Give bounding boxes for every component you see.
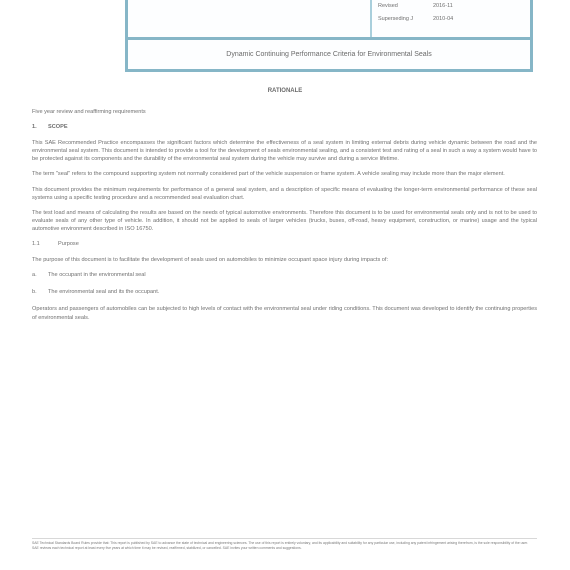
meta-row-superseding: Superseding J 2010-04 [378, 13, 527, 26]
closing-paragraph: Operators and passengers of automobiles … [32, 305, 537, 321]
list-text: The occupant in the environmental seal [48, 271, 146, 279]
meta-label: Superseding J [378, 13, 433, 26]
document-body: Five year review and reaffirming require… [32, 108, 537, 329]
list-marker: a. [32, 271, 48, 279]
document-title: Dynamic Continuing Performance Criteria … [128, 40, 530, 68]
purpose-paragraph: The purpose of this document is to facil… [32, 256, 537, 264]
meta-value: 2016-11 [433, 0, 453, 13]
header-top-row: Revised 2016-11 Superseding J 2010-04 [128, 0, 530, 40]
section-heading-scope: 1. SCOPE [32, 123, 537, 131]
paragraph: The test load and means of calculating t… [32, 209, 537, 233]
section-title: SCOPE [48, 123, 68, 131]
list-marker: b. [32, 288, 48, 296]
paragraph: This SAE Recommended Practice encompasse… [32, 139, 537, 163]
meta-row-revised: Revised 2016-11 [378, 0, 527, 13]
header-meta-panel: Revised 2016-11 Superseding J 2010-04 [370, 0, 533, 37]
subsection-number: 1.1 [32, 240, 58, 248]
meta-value: 2010-04 [433, 13, 453, 26]
subsection-heading-purpose: 1.1 Purpose [32, 240, 537, 248]
meta-label: Revised [378, 0, 433, 13]
document-header-box: Revised 2016-11 Superseding J 2010-04 Dy… [125, 0, 533, 72]
paragraph: The term "seal" refers to the compound s… [32, 170, 537, 178]
list-item: a. The occupant in the environmental sea… [32, 271, 537, 279]
list-text: The environmental seal and its the occup… [48, 288, 159, 296]
paragraph: This document provides the minimum requi… [32, 186, 537, 202]
footnote-line: SAE reviews each technical report at lea… [32, 546, 537, 551]
footnote: SAE Technical Standards Board Rules prov… [32, 538, 537, 551]
intro-line: Five year review and reaffirming require… [32, 108, 537, 116]
section-number: 1. [32, 123, 48, 131]
subsection-title: Purpose [58, 240, 79, 248]
list-item: b. The environmental seal and its the oc… [32, 288, 537, 296]
rationale-heading: RATIONALE [0, 88, 570, 94]
